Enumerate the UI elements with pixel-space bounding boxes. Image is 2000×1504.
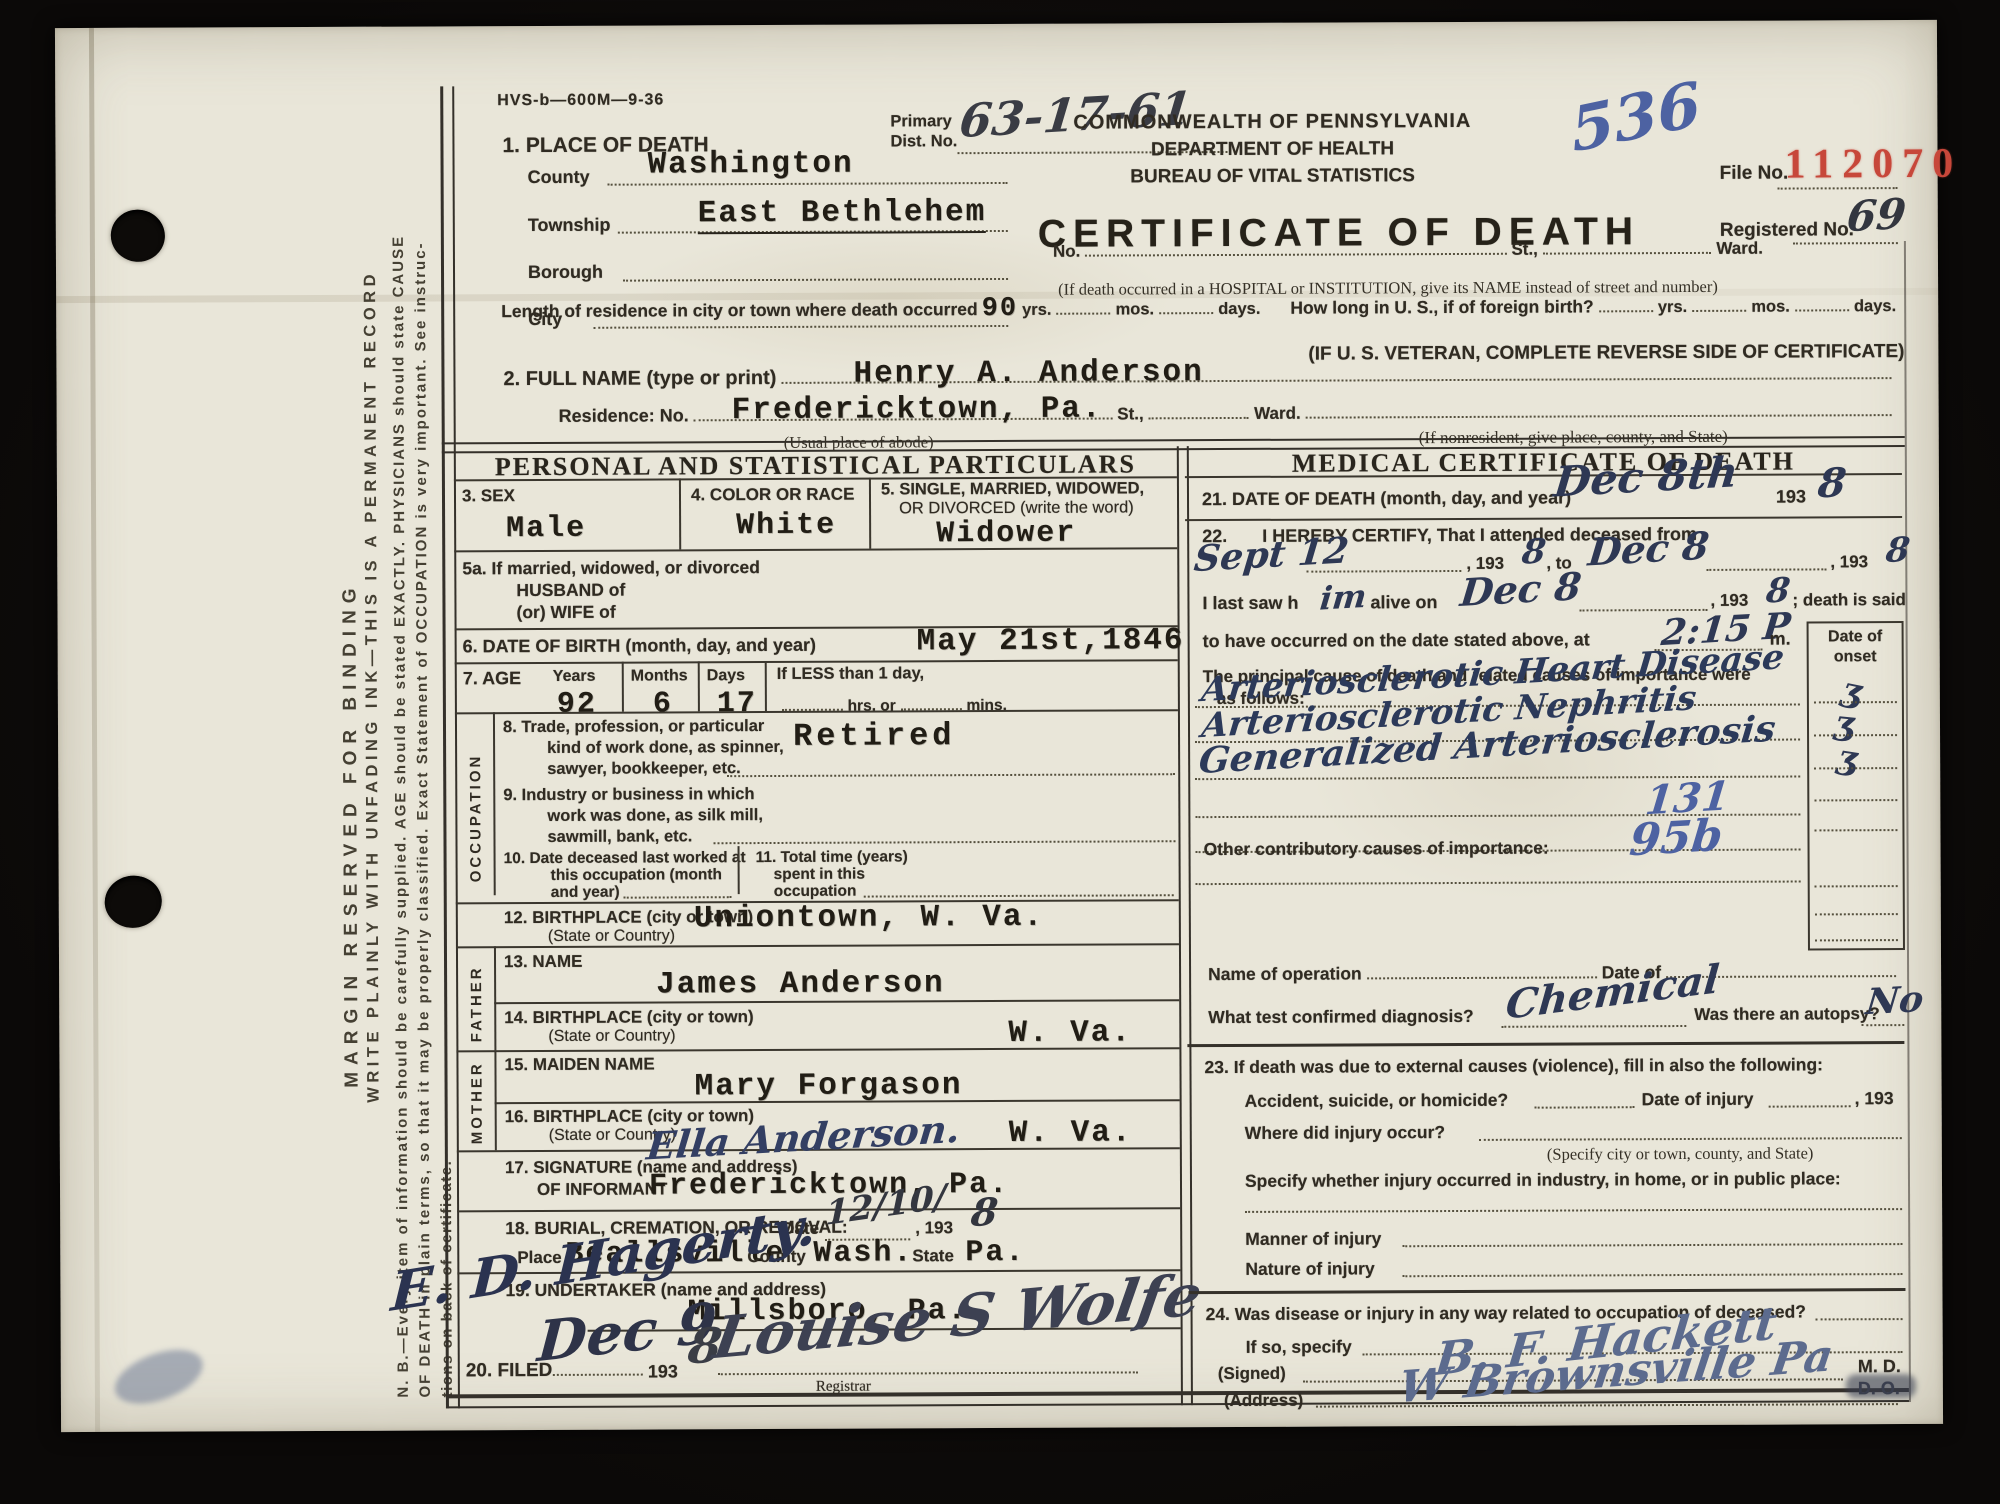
md-label: M. D. xyxy=(1858,1356,1901,1377)
onset-line xyxy=(1814,829,1897,831)
mos-line xyxy=(1056,301,1110,315)
injury-date-label: Date of injury xyxy=(1642,1089,1754,1110)
item17-line-2: OF INFORMANT xyxy=(537,1179,667,1199)
item8-line-3: sawyer, bookkeeper, etc. xyxy=(547,759,741,779)
item10-line-1: 10. Date deceased last worked at xyxy=(504,849,746,867)
residence-length-value: 90 xyxy=(982,296,1019,323)
item9-line-3: sawmill, bank, etc. xyxy=(547,827,692,847)
item10-line-3: and year) xyxy=(551,884,620,902)
alive-on-label: alive on xyxy=(1370,592,1437,613)
age-years-label: Years xyxy=(553,668,596,687)
residence-value: Fredericktown, Pa. xyxy=(732,394,1103,427)
race-value: White xyxy=(736,511,836,541)
days-line xyxy=(1159,300,1213,314)
file-no-line xyxy=(1778,187,1898,190)
scanned-document-background: MARGIN RESERVED FOR BINDING WRITE PLAINL… xyxy=(0,0,2000,1504)
manner-line xyxy=(1402,1243,1902,1247)
item14-value: W. Va. xyxy=(1008,1017,1132,1049)
yrs-label: yrs. xyxy=(1022,301,1051,320)
occurred-label: to have occurred on the date stated abov… xyxy=(1203,629,1590,651)
residence-st-label: St., xyxy=(1117,404,1144,424)
last-saw-year: 8 xyxy=(1764,573,1791,608)
margin-binding-text: MARGIN RESERVED FOR BINDING xyxy=(339,543,363,1088)
where-line xyxy=(1479,1137,1902,1141)
item5a-line-2: HUSBAND of xyxy=(516,580,625,601)
item12-value: Uniontown, W. Va. xyxy=(694,902,1044,935)
county-value: Washington xyxy=(647,149,853,181)
county-line xyxy=(608,182,1008,186)
file-no-label: File No. xyxy=(1720,163,1789,185)
onset-label-2: onset xyxy=(1809,648,1902,667)
rule xyxy=(1187,1041,1904,1047)
accident-label: Accident, suicide, or homicide? xyxy=(1245,1090,1509,1111)
do-label: D. O. xyxy=(1858,1378,1900,1399)
us-yrs-line xyxy=(1599,298,1653,312)
occupation-vertical-label: OCCUPATION xyxy=(467,722,485,882)
filed-date-line xyxy=(553,1374,643,1376)
father-vertical-label: FATHER xyxy=(468,950,485,1042)
nonresident-note: (If nonresident, give place, county, and… xyxy=(1419,427,1728,448)
last-saw-label: I last saw h xyxy=(1202,593,1298,614)
residence-label: Residence: No. xyxy=(559,405,689,426)
sex-value: Male xyxy=(506,514,586,544)
township-label: Township xyxy=(528,215,611,236)
residence-ward-label: Ward. xyxy=(1254,404,1301,424)
test-line xyxy=(1501,1025,1686,1028)
mos-label: mos. xyxy=(1116,300,1155,319)
item13-value: James Anderson xyxy=(656,968,945,1000)
age-days-value: 17 xyxy=(717,689,757,719)
signed-label: (Signed) xyxy=(1218,1364,1286,1384)
death-date-value: Dec 8th xyxy=(1552,451,1740,503)
autopsy-value: No xyxy=(1864,981,1925,1020)
injury-193-label: , 193 xyxy=(1855,1088,1894,1108)
where-label: Where did injury occur? xyxy=(1245,1122,1445,1143)
item14-line-2: (State or Country) xyxy=(548,1027,675,1046)
form-code: HVS-b—600M—9-36 xyxy=(497,91,664,110)
us-length-label: How long in U. S., if of foreign birth? xyxy=(1290,296,1593,317)
ink-smudge xyxy=(108,1339,210,1414)
divider xyxy=(494,1050,496,1150)
us-days-line xyxy=(1795,297,1849,311)
cause-code-2: 95b xyxy=(1628,814,1725,863)
item8-line-2: kind of work done, as spinner, xyxy=(547,738,784,758)
attended-to-line xyxy=(1706,568,1826,571)
residence-length-label: Length of residence in city or town wher… xyxy=(501,299,978,321)
item10-line-2: this occupation (month xyxy=(551,866,722,885)
item8-value: Retired xyxy=(793,720,956,753)
burial-state-value: Pa. xyxy=(965,1238,1025,1268)
mother-vertical-label: MOTHER xyxy=(468,1052,485,1144)
onset-line xyxy=(1814,767,1897,769)
nature-line xyxy=(1402,1273,1902,1277)
date-of-onset-box: Date of onset ʒ ʒ ʒ xyxy=(1807,621,1905,950)
item16-value: W. Va. xyxy=(1009,1117,1133,1149)
operation-label: Name of operation xyxy=(1208,963,1362,984)
onset-line xyxy=(1814,701,1897,703)
primary-dist-label-2: Dist. No. xyxy=(890,132,957,151)
rule xyxy=(1188,1288,1905,1294)
divider xyxy=(493,712,496,895)
township-value: East Bethlehem xyxy=(698,197,987,234)
registered-no-value: 69 xyxy=(1845,193,1908,238)
form-right-rule xyxy=(1904,241,1911,1402)
item5a-line-1: 5a. If married, widowed, or divorced xyxy=(462,557,760,578)
nature-label: Nature of injury xyxy=(1245,1258,1374,1279)
hospital-street-row: No. St., Ward. xyxy=(1053,239,1763,262)
marital-label-1: 5. SINGLE, MARRIED, WIDOWED, xyxy=(881,479,1144,499)
hrs-line xyxy=(782,697,843,711)
age-months-value: 6 xyxy=(653,689,673,719)
filed-193-label: 193 xyxy=(648,1361,678,1382)
st-label: St., xyxy=(1511,240,1538,260)
days-label: days. xyxy=(1218,300,1260,319)
item5a-line-3: (or) WIFE of xyxy=(516,602,615,623)
divider xyxy=(622,662,624,712)
rule xyxy=(457,1207,1180,1212)
item21-193: 193 xyxy=(1776,486,1806,507)
st-line xyxy=(1543,240,1712,255)
us-days-label: days. xyxy=(1854,297,1896,316)
item8-line xyxy=(727,773,1175,777)
full-name-value: Henry A. Anderson xyxy=(853,357,1203,390)
dob-label: 6. DATE OF BIRTH (month, day, and year) xyxy=(463,635,816,657)
file-no-stamp: 112070 xyxy=(1784,140,1962,189)
onset-label-1: Date of xyxy=(1809,628,1902,647)
street-line xyxy=(1085,241,1506,257)
borough-line xyxy=(623,278,1008,282)
borough-label: Borough xyxy=(528,262,603,283)
address-label: (Address) xyxy=(1224,1391,1303,1411)
attended-to-value: Dec 8 xyxy=(1586,527,1711,572)
no-label: No. xyxy=(1053,242,1080,262)
marital-value: Widower xyxy=(936,519,1076,550)
autopsy-line xyxy=(1861,1024,1904,1026)
attended-to-year: 8 xyxy=(1884,533,1911,568)
divider xyxy=(765,661,767,711)
item15-value: Mary Forgason xyxy=(695,1070,963,1102)
manner-label: Manner of injury xyxy=(1245,1228,1381,1249)
marital-label-2: OR DIVORCED (write the word) xyxy=(899,498,1134,518)
age-months-label: Months xyxy=(631,667,688,686)
injury-date-line xyxy=(1769,1105,1851,1107)
attended-from-line xyxy=(1306,570,1461,573)
race-label: 4. COLOR OR RACE xyxy=(691,485,854,505)
item11-line-1: 11. Total time (years) xyxy=(756,848,908,866)
burial-county-value: Wash. xyxy=(813,1238,913,1268)
death-year-value: 8 xyxy=(1816,463,1848,505)
attended-from-year: 8 xyxy=(1520,534,1547,569)
agency-header: COMMONWEALTH OF PENNSYLVANIA DEPARTMENT … xyxy=(1037,110,1508,258)
hrs-label: hrs. or xyxy=(848,697,896,715)
contributory-label: Other contributory causes of importance: xyxy=(1203,838,1548,860)
registrar-label: Registrar xyxy=(816,1379,871,1396)
certificate-paper: MARGIN RESERVED FOR BINDING WRITE PLAINL… xyxy=(55,20,1943,1432)
age-days-label: Days xyxy=(707,667,745,686)
age-years-value: 92 xyxy=(557,690,597,720)
him-handwritten: im xyxy=(1319,580,1369,615)
item22-193b: , 193 xyxy=(1830,552,1868,572)
divider xyxy=(738,846,740,894)
sex-label: 3. SEX xyxy=(462,486,515,506)
onset-mark-3: ʒ xyxy=(1835,740,1859,777)
divider xyxy=(869,478,871,549)
item11-line-2: spent in this xyxy=(774,866,865,884)
specify-line xyxy=(1245,1208,1902,1213)
burial-state-label: State xyxy=(912,1246,954,1266)
onset-line xyxy=(1815,939,1898,941)
page-number-handwritten: 536 xyxy=(1568,73,1704,161)
commonwealth-line: COMMONWEALTH OF PENNSYLVANIA xyxy=(1037,110,1507,135)
department-line: DEPARTMENT OF HEALTH xyxy=(1037,138,1507,162)
dob-value: May 21st,1846 xyxy=(917,625,1185,657)
item10-line xyxy=(624,896,732,898)
item9-line-2: work was done, as silk mill, xyxy=(547,806,763,826)
item15-label: 15. MAIDEN NAME xyxy=(504,1055,654,1075)
us-yrs-label: yrs. xyxy=(1658,298,1687,317)
item14-line-1: 14. BIRTHPLACE (city or town) xyxy=(504,1007,753,1028)
item11-line xyxy=(864,894,1174,897)
age-label: 7. AGE xyxy=(463,668,521,689)
us-mos-line xyxy=(1692,298,1746,312)
item11-line-3: occupation xyxy=(774,883,857,901)
rule xyxy=(494,999,1179,1004)
county-label: County xyxy=(528,167,590,188)
bureau-line: BUREAU OF VITAL STATISTICS xyxy=(1038,165,1508,189)
divider xyxy=(679,478,681,549)
item13-label: 13. NAME xyxy=(504,952,583,972)
ifso-label: If so, specify xyxy=(1246,1336,1352,1357)
fold-crease xyxy=(89,28,100,1432)
item9-line-1: 9. Industry or business in which xyxy=(503,785,754,805)
less-than-day-label: If LESS than 1 day, xyxy=(777,664,924,684)
onset-line xyxy=(1815,913,1898,915)
rule xyxy=(455,659,1178,664)
margin-nb-line-2: OF DEATH in plain terms, so that it may … xyxy=(411,97,434,1397)
specify-where-label: Specify whether injury occurred in indus… xyxy=(1245,1168,1841,1191)
margin-permanent-record-text: WRITE PLAINLY WITH UNFADING INK—THIS IS … xyxy=(361,243,384,1103)
punch-hole-bottom xyxy=(102,873,164,931)
item21-label: 21. DATE OF DEATH (month, day, and year) xyxy=(1202,488,1571,510)
onset-line xyxy=(1814,734,1897,736)
burial-193-label: , 193 xyxy=(915,1218,953,1238)
residence-length-row: Length of residence in city or town wher… xyxy=(501,292,1896,325)
primary-dist-label-1: Primary xyxy=(890,112,952,131)
mins-label: mins. xyxy=(966,697,1007,715)
divider xyxy=(698,661,700,711)
certificate-form: HVS-b—600M—9-36 1. PLACE OF DEATH County… xyxy=(452,56,1907,1400)
item2-full-name-label: 2. FULL NAME (type or print) xyxy=(503,367,776,391)
item23-label: 23. If death was due to external causes … xyxy=(1204,1054,1823,1077)
us-mos-label: mos. xyxy=(1751,298,1790,317)
burial-year-value: 8 xyxy=(969,1193,999,1232)
margin-nb-line-1: N. B.—Every item of information should b… xyxy=(389,98,412,1398)
autopsy-label: Was there an autopsy? xyxy=(1694,1004,1880,1024)
mins-line xyxy=(901,696,962,710)
accident-line xyxy=(1535,1106,1635,1108)
registrar-line xyxy=(718,1371,1138,1375)
specify-city-note: (Specify city or town, county, and State… xyxy=(1547,1143,1814,1164)
death-said-label: ; death is said xyxy=(1792,590,1905,610)
onset-line xyxy=(1815,885,1898,887)
ward-label: Ward. xyxy=(1716,239,1763,259)
divider xyxy=(494,946,496,1050)
item9-line xyxy=(714,840,1176,844)
item8-line-1: 8. Trade, profession, or particular xyxy=(503,717,764,737)
punch-hole-top xyxy=(108,206,169,265)
onset-line xyxy=(1814,799,1897,801)
residence-ward-line xyxy=(1306,402,1892,419)
item24-line xyxy=(1816,1318,1903,1320)
registered-no-line xyxy=(1793,242,1898,244)
item12-line-2: (State or Country) xyxy=(548,927,675,946)
test-label: What test confirmed diagnosis? xyxy=(1208,1006,1474,1027)
last-saw-date: Dec 8 xyxy=(1459,567,1584,612)
city-line xyxy=(593,325,1008,329)
contributory-rule xyxy=(1196,881,1801,886)
residence-st-line xyxy=(1149,405,1250,419)
rule xyxy=(1185,516,1902,521)
